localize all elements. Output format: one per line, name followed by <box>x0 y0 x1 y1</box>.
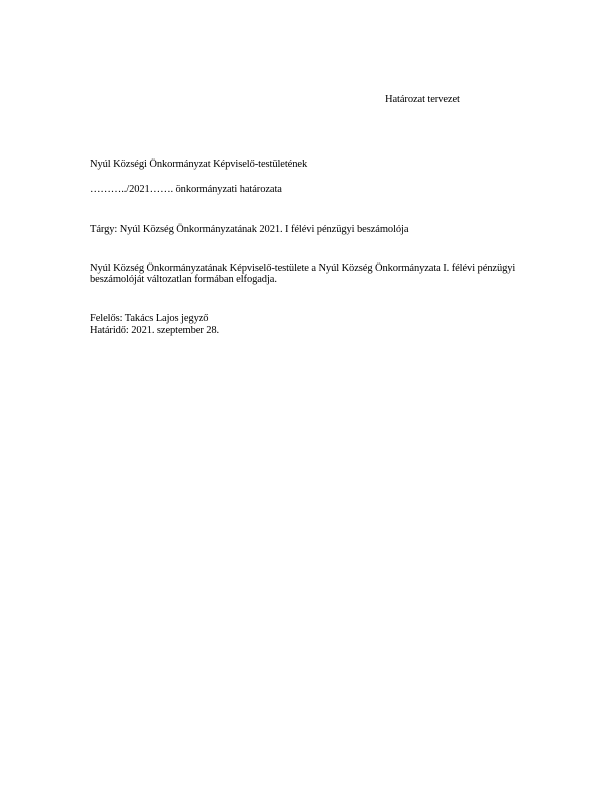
draft-label: Határozat tervezet <box>385 94 460 105</box>
responsible-person: Felelős: Takács Lajos jegyző <box>90 313 208 324</box>
resolution-body: Nyúl Község Önkormányzatának Képviselő-t… <box>90 263 530 285</box>
addressee: Nyúl Községi Önkormányzat Képviselő-test… <box>90 159 307 170</box>
resolution-number: ………../2021……. önkormányzati határozata <box>90 184 282 195</box>
deadline: Határidő: 2021. szeptember 28. <box>90 325 219 336</box>
subject-line: Tárgy: Nyúl Község Önkormányzatának 2021… <box>90 224 408 235</box>
